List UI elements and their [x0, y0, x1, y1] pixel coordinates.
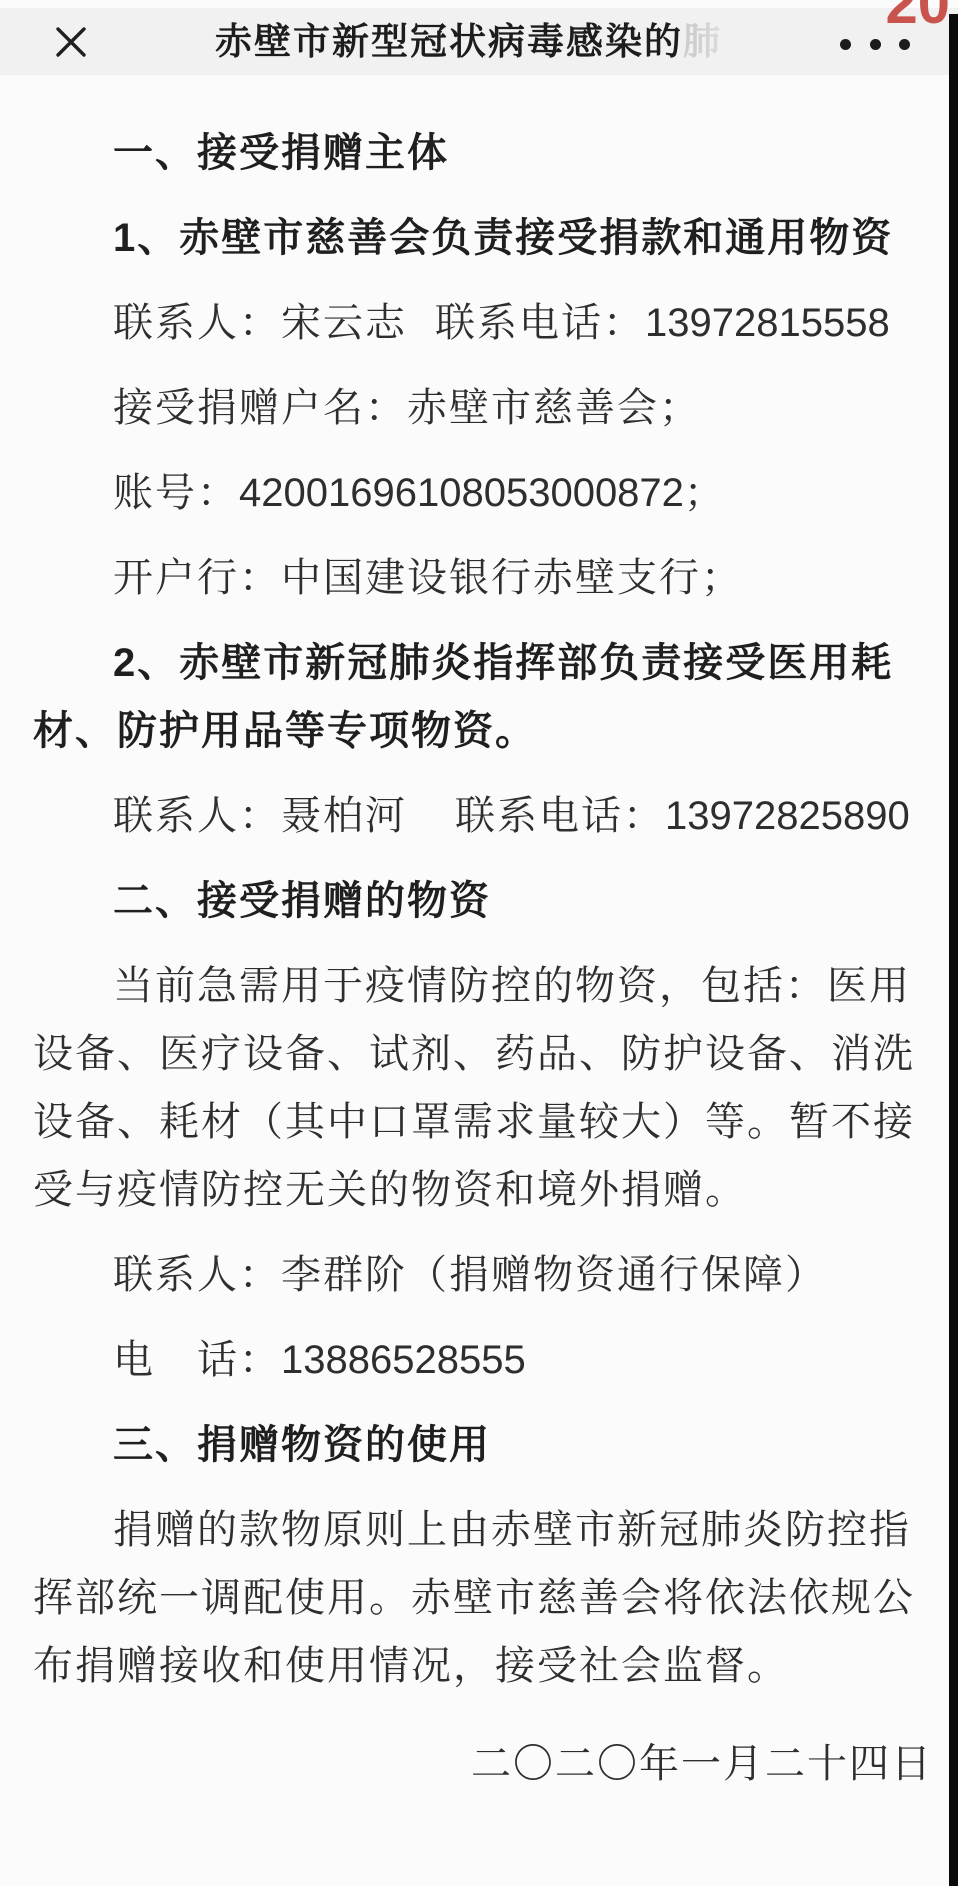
- contact-label: 联系人：: [113, 794, 281, 838]
- field-suffix: ；: [684, 471, 726, 515]
- article-title: 赤壁市新型冠状病毒感染的肺: [215, 8, 775, 75]
- body-paragraph: 当前急需用于疫情防控的物资，包括：医用设备、医疗设备、试剂、药品、防护设备、消洗…: [33, 952, 933, 1224]
- close-button[interactable]: [48, 20, 94, 66]
- wechat-article-view: { "overlay": { "clipped_number": "20", "…: [0, 0, 958, 1886]
- contact-name: 宋云志: [281, 301, 407, 345]
- contact-line: 联系人：宋云志联系电话：13972815558: [33, 289, 933, 357]
- field-label: 电 话：: [113, 1338, 281, 1382]
- phone-number: 13972825890: [665, 794, 910, 838]
- phone-label: 联系电话：: [435, 301, 645, 345]
- phone-label: 联系电话：: [455, 794, 665, 838]
- section-heading: 1、赤壁市慈善会负责接受捐款和通用物资: [33, 204, 933, 272]
- field-value: 42001696108053000872: [239, 471, 684, 515]
- body-paragraph: 捐赠的款物原则上由赤壁市新冠肺炎防控指挥部统一调配使用。赤壁市慈善会将依法依规公…: [33, 1496, 933, 1700]
- contact-label: 联系人：: [113, 301, 281, 345]
- article-content: 一、接受捐赠主体1、赤壁市慈善会负责接受捐款和通用物资联系人：宋云志联系电话：1…: [0, 75, 958, 1815]
- title-fade-overlay: [695, 8, 775, 75]
- close-icon: [51, 22, 91, 65]
- field-line: 电 话：13886528555: [33, 1326, 933, 1394]
- contact-name: 聂柏河: [281, 794, 407, 838]
- contact-line: 联系人：聂柏河联系电话：13972825890: [33, 782, 933, 850]
- article-title-text: 赤壁市新型冠状病毒感染的: [215, 21, 683, 62]
- ellipsis-icon: [840, 39, 851, 50]
- body-paragraph: 接受捐赠户名：赤壁市慈善会；: [33, 374, 933, 442]
- section-heading: 二、接受捐赠的物资: [33, 867, 933, 935]
- phone-number: 13972815558: [645, 301, 890, 345]
- field-line: 账号：42001696108053000872；: [33, 459, 933, 527]
- section-heading: 一、接受捐赠主体: [33, 119, 933, 187]
- right-edge-black-bar: [949, 14, 958, 1886]
- date-line: 二〇二〇年一月二十四日: [33, 1730, 933, 1798]
- ellipsis-icon: [899, 39, 910, 50]
- section-heading: 三、捐赠物资的使用: [33, 1411, 933, 1479]
- navbar: 赤壁市新型冠状病毒感染的肺: [0, 8, 958, 75]
- body-paragraph: 开户行：中国建设银行赤壁支行；: [33, 544, 933, 612]
- field-value: 13886528555: [281, 1338, 526, 1382]
- ellipsis-icon: [870, 39, 881, 50]
- clipped-red-number: 20: [885, 0, 950, 37]
- field-label: 账号：: [113, 471, 239, 515]
- section-heading: 2、赤壁市新冠肺炎指挥部负责接受医用耗材、防护用品等专项物资。: [33, 629, 933, 765]
- body-paragraph: 联系人：李群阶（捐赠物资通行保障）: [33, 1241, 933, 1309]
